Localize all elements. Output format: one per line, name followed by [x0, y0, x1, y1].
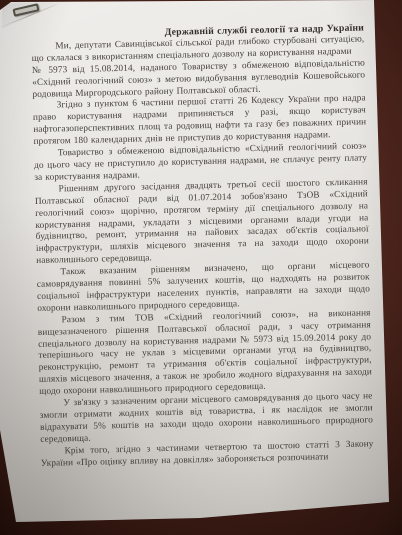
body-paragraph: У зв'язку з зазначеним органи місцевого … — [39, 391, 373, 446]
body-paragraph: Згідно з пунктом 6 частини першої статті… — [33, 94, 367, 149]
document-text: Державній службі геології та надр Україн… — [31, 22, 374, 470]
paper-sheet: Державній службі геології та надр Україн… — [0, 0, 402, 535]
body-paragraph: Також вказаним рішенням визначено, що ор… — [36, 261, 370, 316]
photo-background: Державній службі геології та надр Україн… — [0, 0, 402, 535]
body-paragraph: Рішенням другого засідання двадцять трет… — [35, 177, 370, 268]
body-paragraph: Разом з тим ТОВ «Східний геологічний сою… — [37, 308, 372, 399]
